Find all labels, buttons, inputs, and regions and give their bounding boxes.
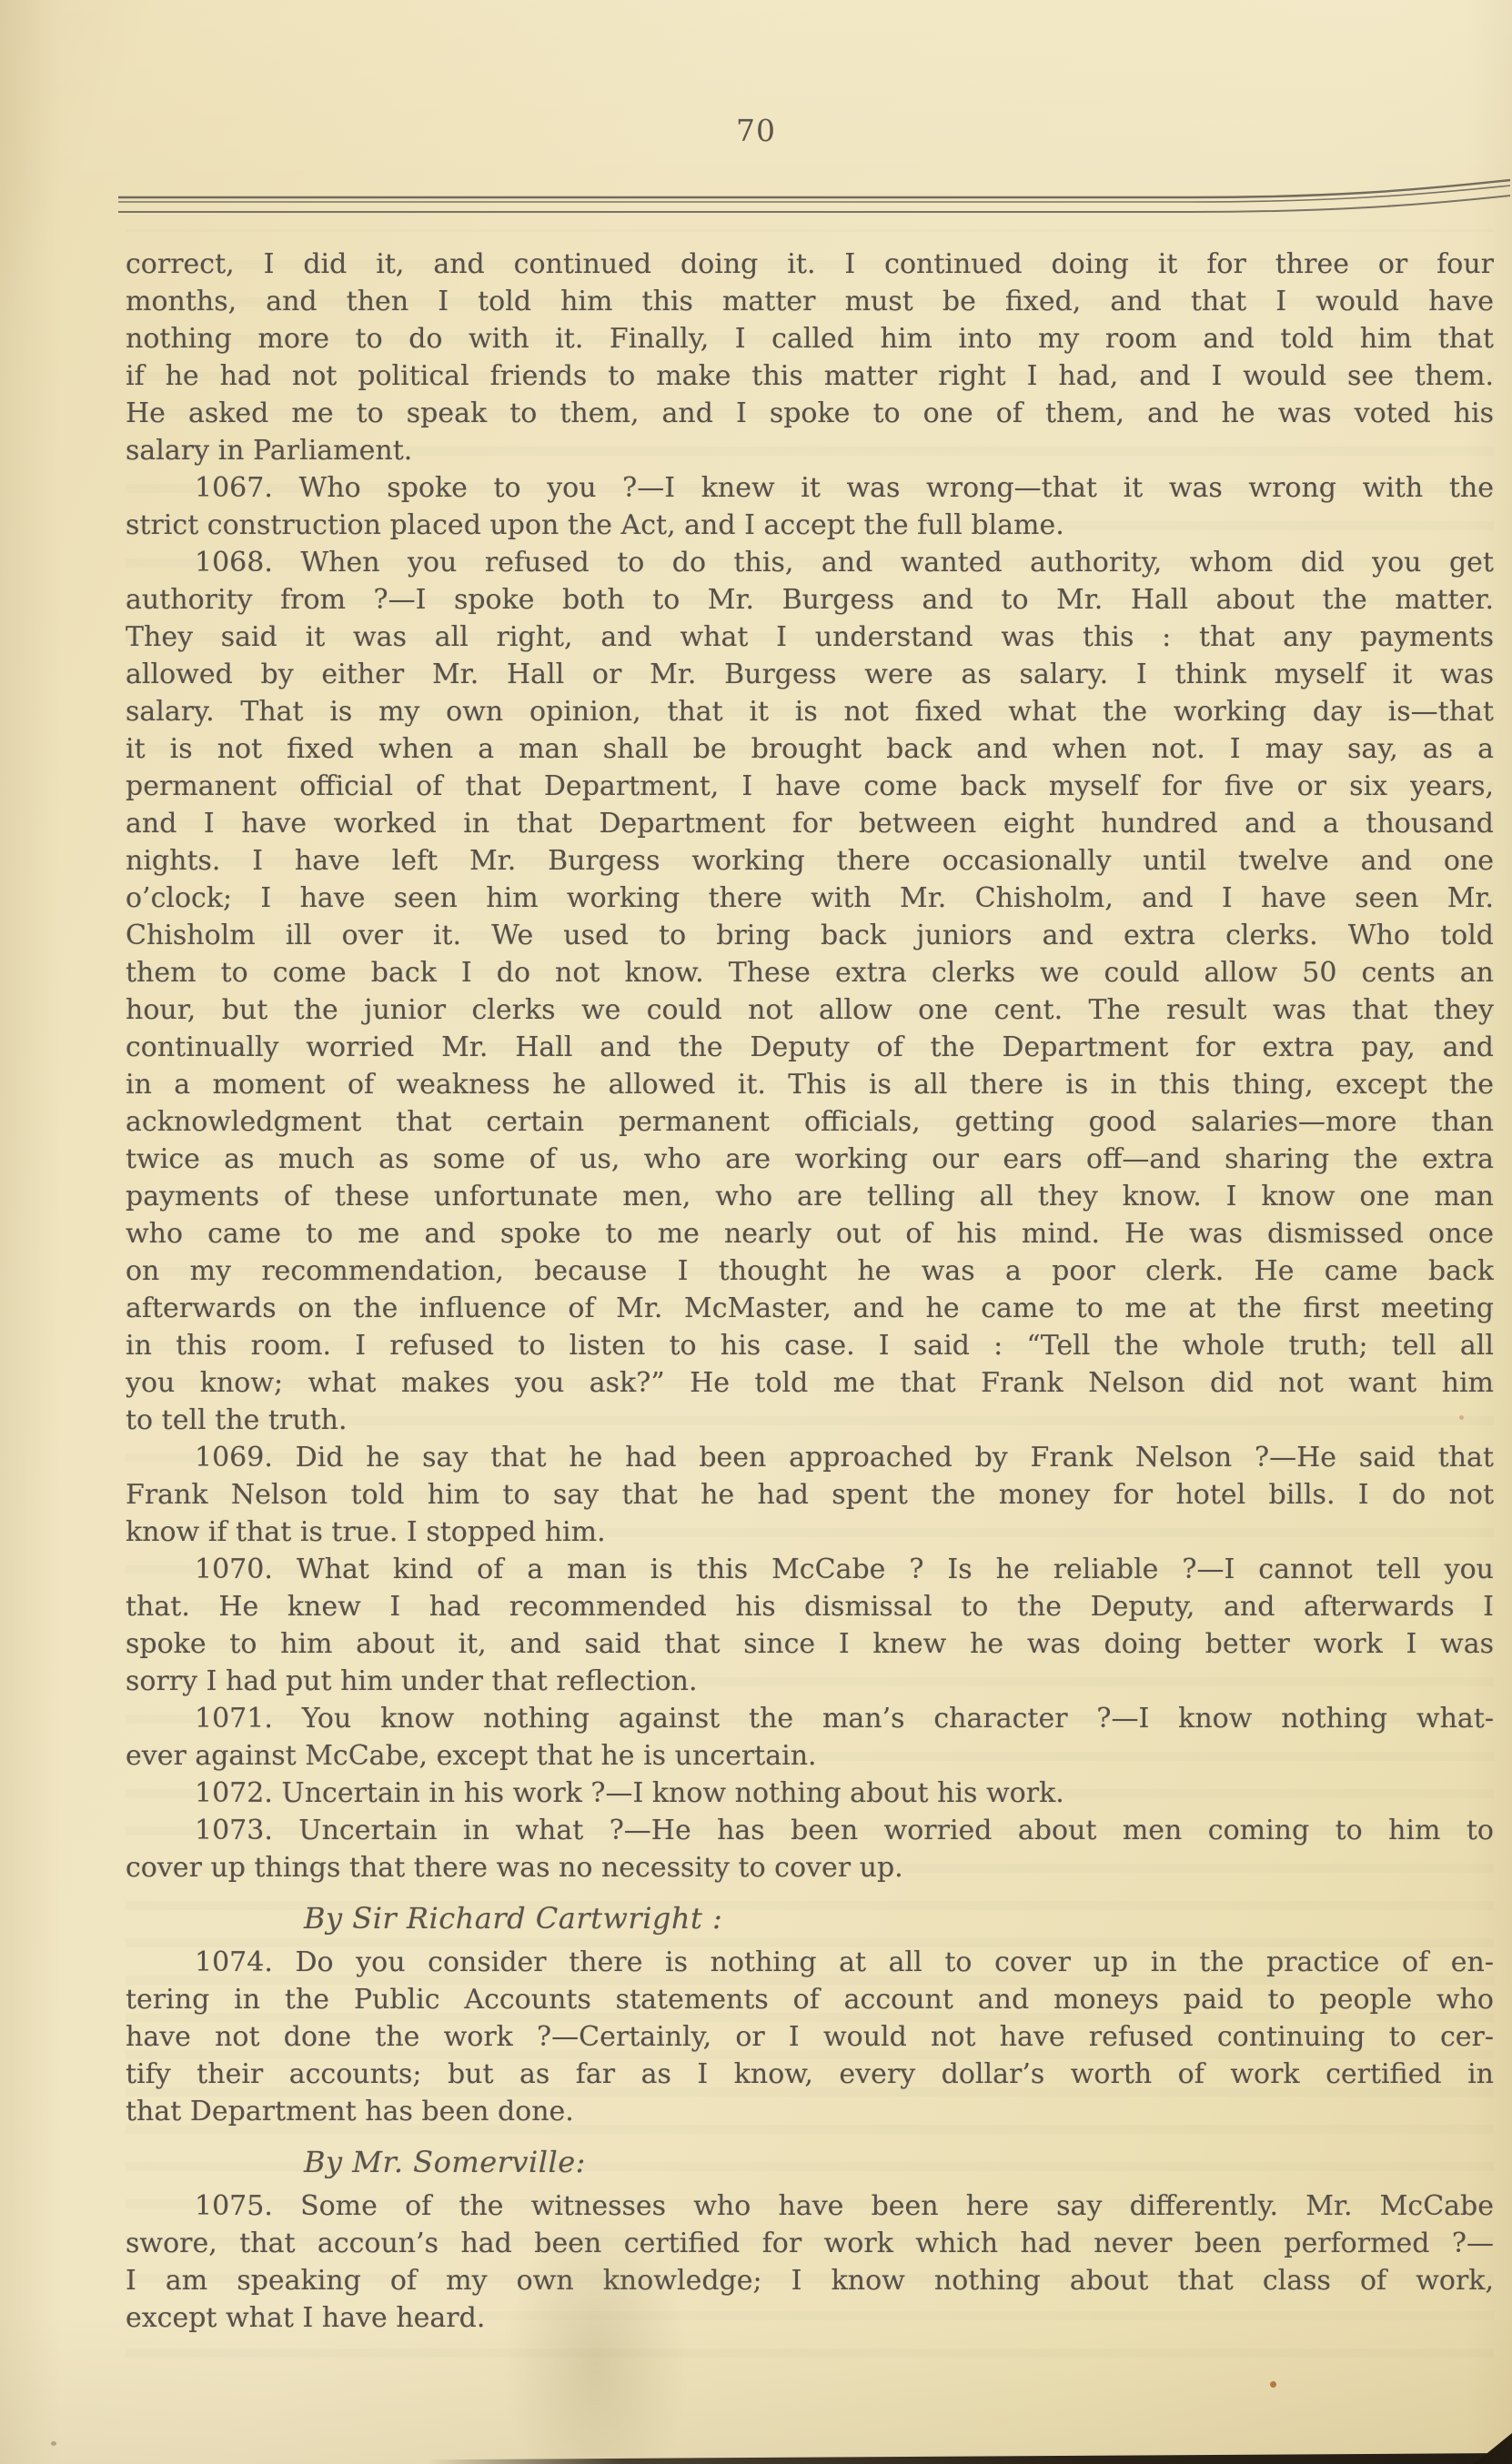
examiner-heading: By Mr. Somerville:	[126, 2144, 1494, 2181]
paragraph: 1072. Uncertain in his work ?—I know not…	[126, 1775, 1494, 1812]
text-line: o’clock; I have seen him working there w…	[126, 880, 1494, 917]
text-line: swore, that accoun’s had been certified …	[126, 2225, 1494, 2262]
text-line: 1073. Uncertain in what ?—He has been wo…	[126, 1812, 1494, 1849]
text-line: Frank Nelson told him to say that he had…	[126, 1476, 1494, 1514]
paragraph: correct, I did it, and continued doing i…	[126, 246, 1494, 469]
paragraph: 1067. Who spoke to you ?—I knew it was w…	[126, 469, 1494, 544]
text-line: that. He knew I had recommended his dism…	[126, 1588, 1494, 1625]
text-line: you know; what makes you ask?” He told m…	[126, 1364, 1494, 1402]
paragraph: 1068. When you refused to do this, and w…	[126, 544, 1494, 1439]
text-line: permanent official of that Department, I…	[126, 768, 1494, 805]
text-line: nights. I have left Mr. Burgess working …	[126, 842, 1494, 880]
text-line: nothing more to do with it. Finally, I c…	[126, 320, 1494, 357]
text-line: and I have worked in that Department for…	[126, 805, 1494, 842]
paragraph: 1074. Do you consider there is nothing a…	[126, 1944, 1494, 2130]
paragraph: 1071. You know nothing against the man’s…	[126, 1700, 1494, 1775]
text-line: allowed by either Mr. Hall or Mr. Burges…	[126, 656, 1494, 693]
text-line: 1069. Did he say that he had been approa…	[126, 1439, 1494, 1476]
text-line: except what I have heard.	[126, 2299, 1494, 2337]
text-line: 1070. What kind of a man is this McCabe …	[126, 1551, 1494, 1588]
text-line: ever against McCabe, except that he is u…	[126, 1737, 1494, 1775]
text-line: know if that is true. I stopped him.	[126, 1514, 1494, 1551]
text-line: He asked me to speak to them, and I spok…	[126, 395, 1494, 432]
text-line: acknowledgment that certain permanent of…	[126, 1103, 1494, 1141]
page-number: 70	[0, 113, 1512, 148]
text-line: 1072. Uncertain in his work ?—I know not…	[126, 1775, 1494, 1812]
text-line: 1067. Who spoke to you ?—I knew it was w…	[126, 469, 1494, 507]
text-line: tify their accounts; but as far as I kno…	[126, 2056, 1494, 2093]
double-rule	[116, 178, 1512, 220]
text-line: authority from ?—I spoke both to Mr. Bur…	[126, 581, 1494, 619]
examiner-heading: By Sir Richard Cartwright :	[126, 1900, 1494, 1937]
text-line: salary in Parliament.	[126, 432, 1494, 469]
text-line: who came to me and spoke to me nearly ou…	[126, 1215, 1494, 1252]
text-line: 1074. Do you consider there is nothing a…	[126, 1944, 1494, 1981]
text-line: have not done the work ?—Certainly, or I…	[126, 2018, 1494, 2056]
text-line: correct, I did it, and continued doing i…	[126, 246, 1494, 283]
text-line: hour, but the junior clerks we could not…	[126, 991, 1494, 1029]
text-line: that Department has been done.	[126, 2093, 1494, 2130]
paper-speck	[1459, 1415, 1464, 1420]
text-column: correct, I did it, and continued doing i…	[126, 246, 1494, 2337]
text-line: payments of these unfortunate men, who a…	[126, 1178, 1494, 1215]
text-line: strict construction placed upon the Act,…	[126, 507, 1494, 544]
text-line: them to come back I do not know. These e…	[126, 954, 1494, 991]
text-line: on my recommendation, because I thought …	[126, 1252, 1494, 1290]
text-line: cover up things that there was no necess…	[126, 1849, 1494, 1886]
text-line: By Sir Richard Cartwright :	[126, 1900, 1494, 1937]
text-line: to tell the truth.	[126, 1402, 1494, 1439]
paragraph: 1069. Did he say that he had been approa…	[126, 1439, 1494, 1551]
text-line: 1071. You know nothing against the man’s…	[126, 1700, 1494, 1737]
text-line: if he had not political friends to make …	[126, 357, 1494, 395]
text-line: salary. That is my own opinion, that it …	[126, 693, 1494, 730]
paragraph: 1070. What kind of a man is this McCabe …	[126, 1551, 1494, 1700]
text-line: it is not fixed when a man shall be brou…	[126, 730, 1494, 768]
text-line: Chisholm ill over it. We used to bring b…	[126, 917, 1494, 954]
paper-speck	[1270, 2381, 1276, 2388]
text-line: in this room. I refused to listen to his…	[126, 1327, 1494, 1364]
paragraph: 1075. Some of the witnesses who have bee…	[126, 2187, 1494, 2337]
text-line: I am speaking of my own knowledge; I kno…	[126, 2262, 1494, 2299]
text-line: tering in the Public Accounts statements…	[126, 1981, 1494, 2018]
text-line: twice as much as some of us, who are wor…	[126, 1141, 1494, 1178]
text-line: spoke to him about it, and said that sin…	[126, 1625, 1494, 1663]
text-line: months, and then I told him this matter …	[126, 283, 1494, 320]
text-line: sorry I had put him under that reflectio…	[126, 1663, 1494, 1700]
text-line: 1068. When you refused to do this, and w…	[126, 544, 1494, 581]
paragraph: 1073. Uncertain in what ?—He has been wo…	[126, 1812, 1494, 1886]
text-line: afterwards on the influence of Mr. McMas…	[126, 1290, 1494, 1327]
scanned-page: 70 correct, I did it, and continued doin…	[0, 0, 1512, 2464]
text-line: By Mr. Somerville:	[126, 2144, 1494, 2181]
text-line: in a moment of weakness he allowed it. T…	[126, 1066, 1494, 1103]
paper-stain	[505, 2210, 687, 2464]
text-line: They said it was all right, and what I u…	[126, 619, 1494, 656]
text-line: 1075. Some of the witnesses who have bee…	[126, 2187, 1494, 2225]
paper-speck	[51, 2441, 56, 2446]
text-line: continually worried Mr. Hall and the Dep…	[126, 1029, 1494, 1066]
